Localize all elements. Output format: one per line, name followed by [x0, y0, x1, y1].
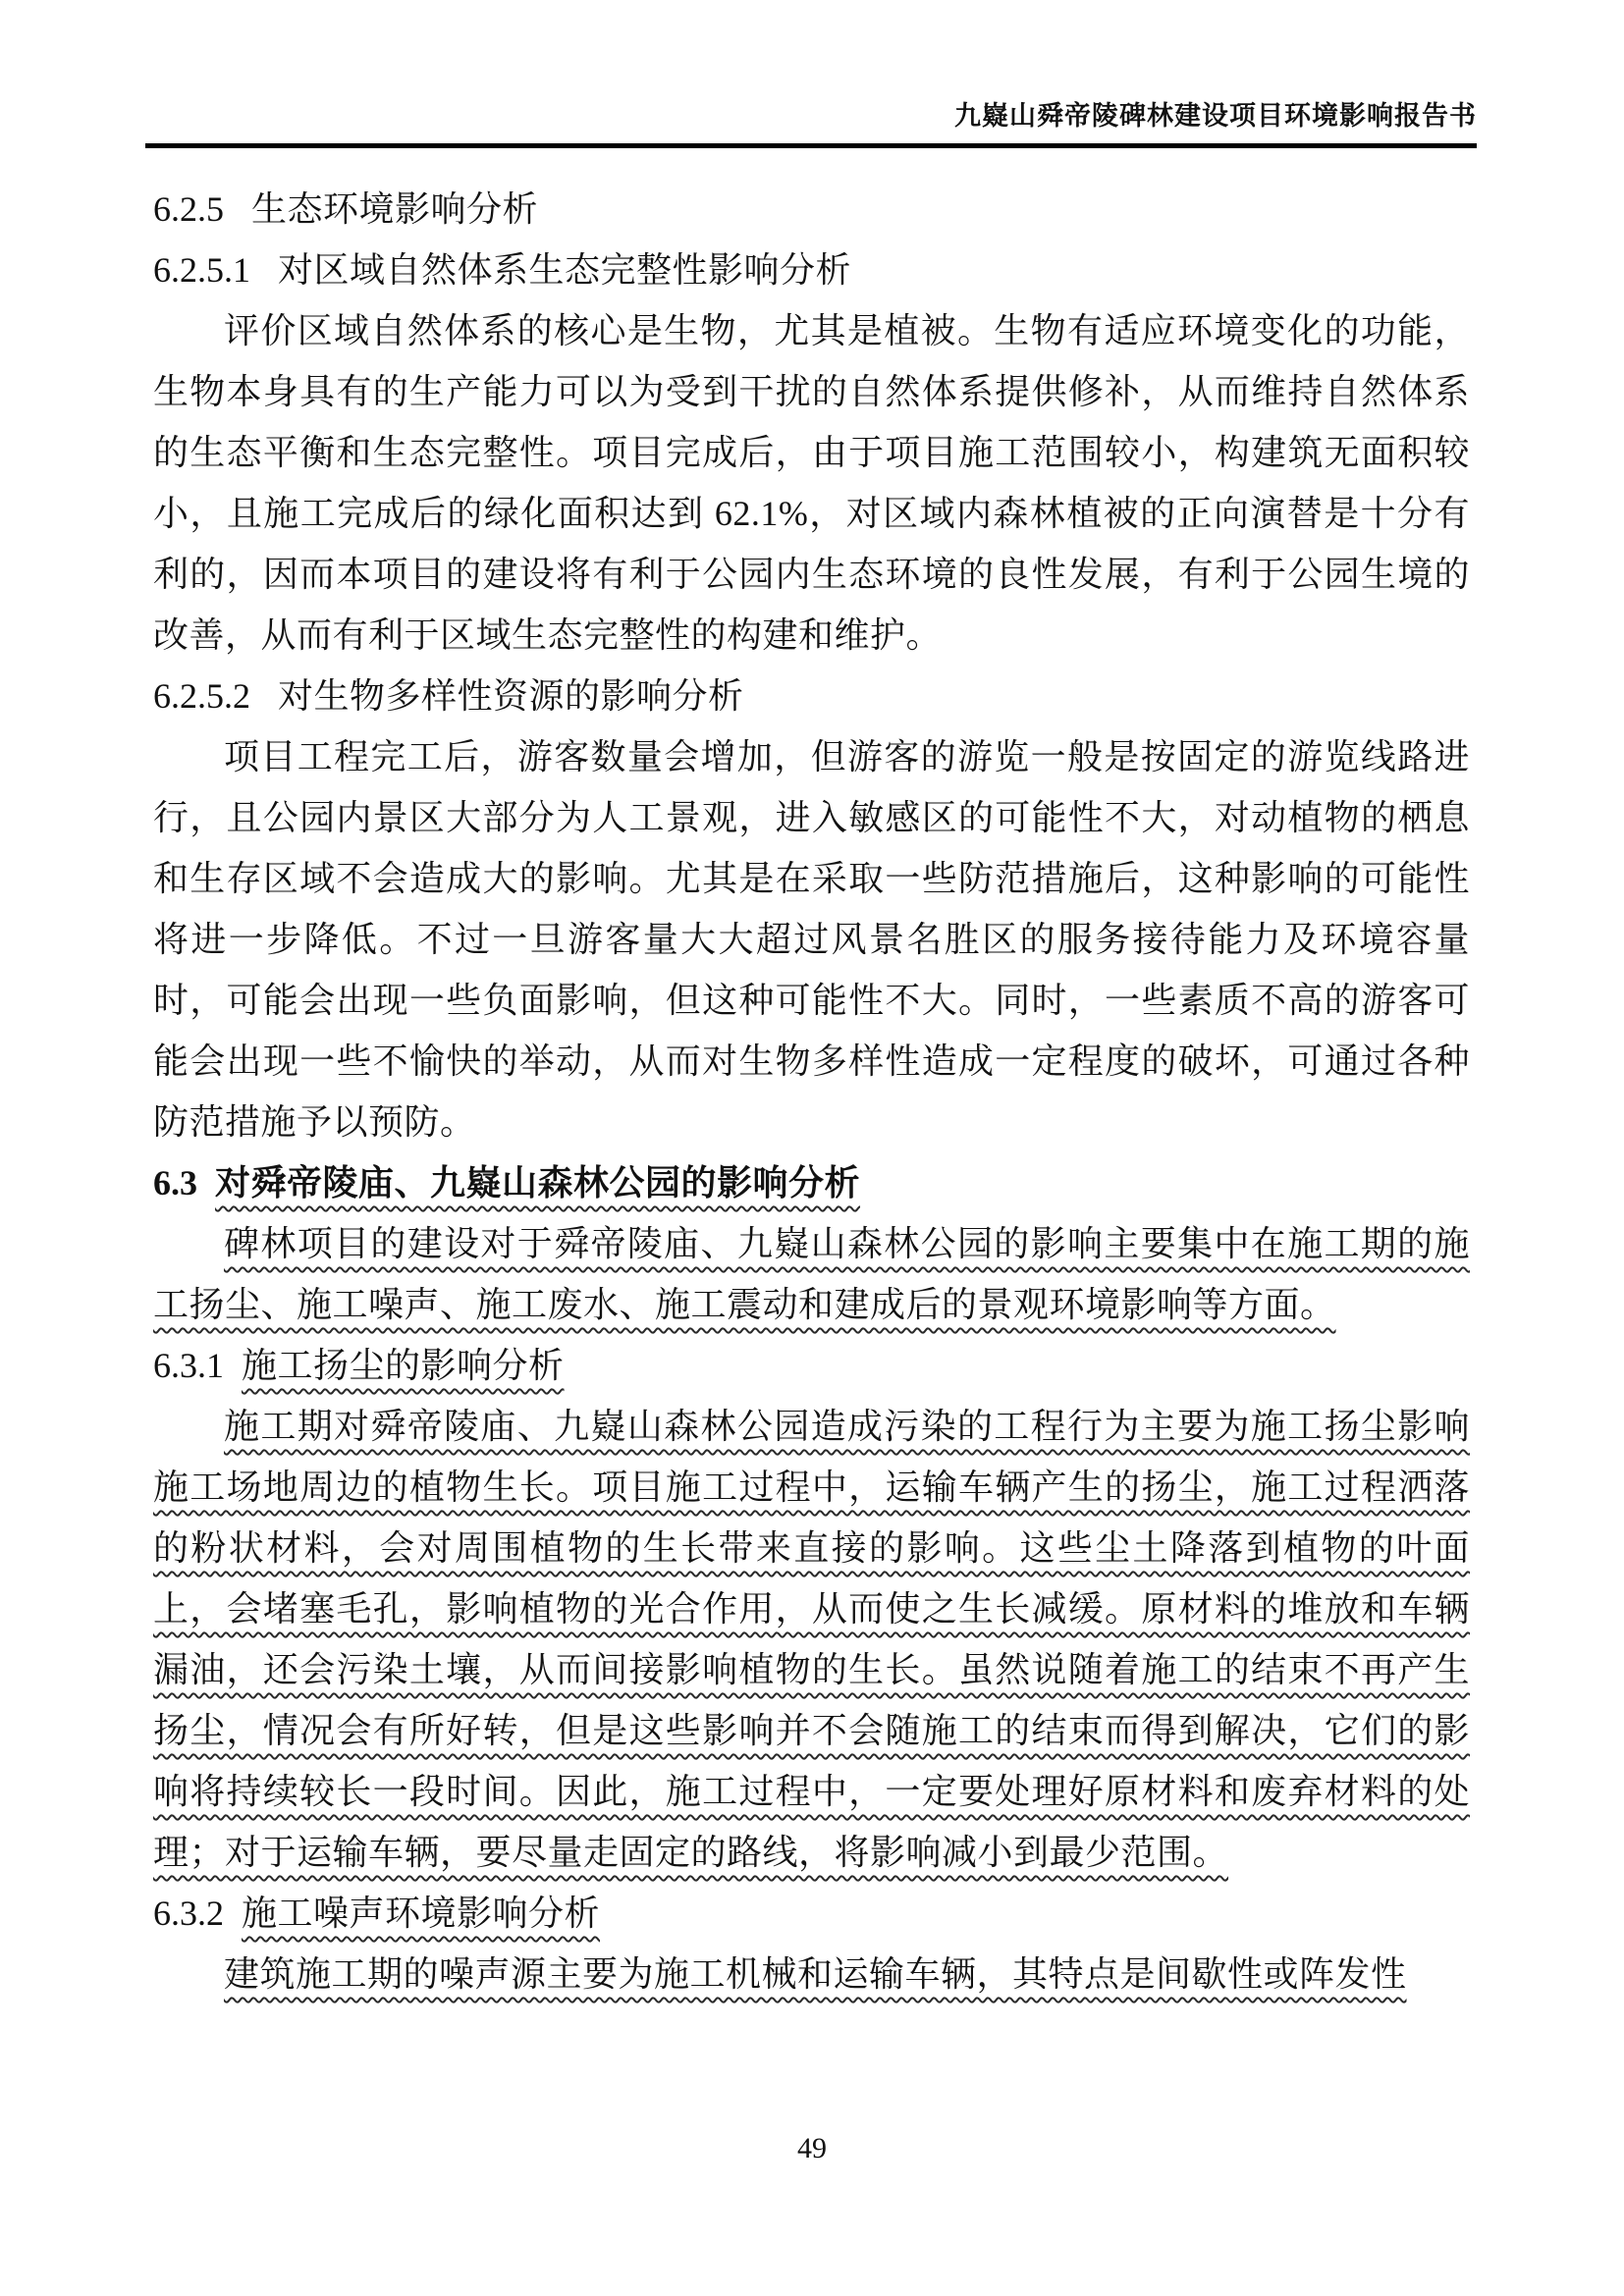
paragraph-construction-noise: 建筑施工期的噪声源主要为施工机械和运输车辆，其特点是间歇性或阵发性	[153, 1944, 1470, 2004]
report-page: 九嶷山舜帝陵碑林建设项目环境影响报告书 6.2.5生态环境影响分析 6.2.5.…	[0, 0, 1624, 2296]
section-heading-6-3: 6.3对舜帝陵庙、九嶷山森林公园的影响分析	[153, 1152, 1470, 1213]
section-title: 施工噪声环境影响分析	[242, 1894, 600, 1933]
section-heading-6-3-1: 6.3.1施工扬尘的影响分析	[153, 1335, 1470, 1396]
paragraph-biodiversity: 项目工程完工后，游客数量会增加，但游客的游览一般是按固定的游览线路进行，且公园内…	[153, 726, 1470, 1152]
paragraph-construction-dust: 施工期对舜帝陵庙、九嶷山森林公园造成污染的工程行为主要为施工扬尘影响施工场地周边…	[153, 1396, 1470, 1883]
running-header-title: 九嶷山舜帝陵碑林建设项目环境影响报告书	[145, 94, 1477, 133]
page-number: 49	[0, 2132, 1624, 2165]
section-title: 对舜帝陵庙、九嶷山森林公园的影响分析	[215, 1163, 860, 1202]
section-title: 对生物多样性资源的影响分析	[278, 676, 744, 716]
section-heading-6-2-5-1: 6.2.5.1对区域自然体系生态完整性影响分析	[153, 240, 1470, 300]
section-number: 6.2.5.1	[153, 240, 250, 300]
section-title: 生态环境影响分析	[251, 189, 538, 229]
section-number: 6.2.5.2	[153, 666, 250, 726]
paragraph-natural-system: 评价区域自然体系的核心是生物，尤其是植被。生物有适应环境变化的功能，生物本身具有…	[153, 300, 1470, 666]
page-content: 6.2.5生态环境影响分析 6.2.5.1对区域自然体系生态完整性影响分析 评价…	[153, 179, 1470, 2004]
paragraph-6-3-intro: 碑林项目的建设对于舜帝陵庙、九嶷山森林公园的影响主要集中在施工期的施工扬尘、施工…	[153, 1213, 1470, 1335]
section-number: 6.3.2	[153, 1883, 224, 1944]
section-title: 对区域自然体系生态完整性影响分析	[278, 250, 851, 290]
header-rule	[145, 143, 1477, 148]
section-heading-6-2-5-2: 6.2.5.2对生物多样性资源的影响分析	[153, 666, 1470, 726]
section-number: 6.3	[153, 1152, 197, 1213]
section-number: 6.2.5	[153, 179, 224, 240]
section-heading-6-3-2: 6.3.2施工噪声环境影响分析	[153, 1883, 1470, 1944]
section-title: 施工扬尘的影响分析	[242, 1346, 565, 1385]
section-heading-6-2-5: 6.2.5生态环境影响分析	[153, 179, 1470, 240]
section-number: 6.3.1	[153, 1335, 224, 1396]
